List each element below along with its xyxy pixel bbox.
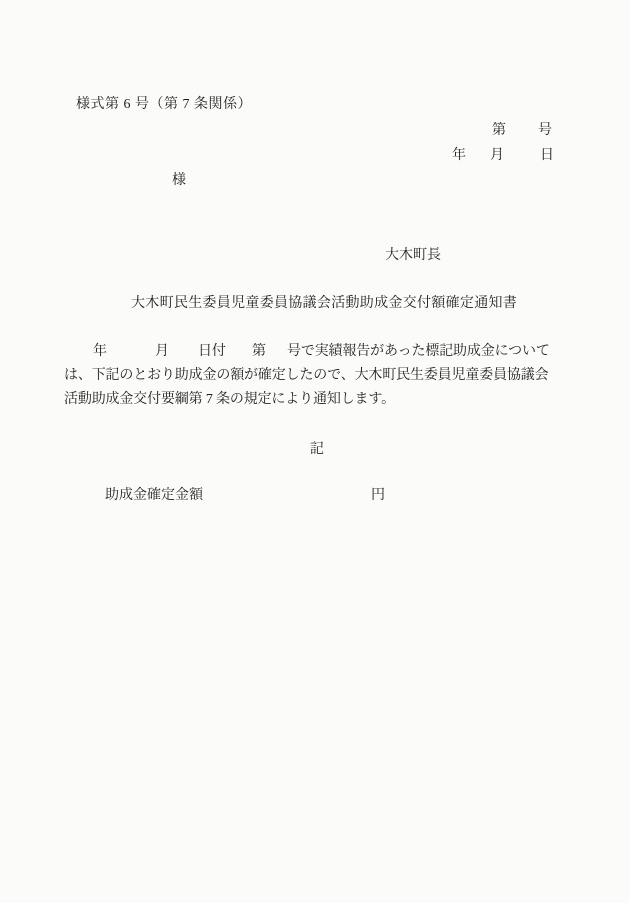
addressee-honorific: 様 bbox=[172, 171, 186, 191]
body-paragraph-line3: 活動助成金交付要綱第 7 条の規定により通知します。 bbox=[64, 390, 395, 410]
ki-marker: 記 bbox=[310, 440, 324, 460]
form-number: 様式第 6 号（第 7 条関係） bbox=[76, 95, 252, 115]
body-blank-day: 日付 bbox=[198, 342, 226, 362]
body-paragraph-line2: は、下記のとおり助成金の額が確定したので、大木町民生委員児童委員協議会 bbox=[64, 366, 548, 386]
body-blank-year: 年 bbox=[93, 342, 107, 362]
issue-date-year: 年 bbox=[452, 146, 466, 166]
doc-number-go: 号 bbox=[538, 121, 552, 141]
document-page: 様式第 6 号（第 7 条関係） 第 号 年 月 日 様 大木町長 大木町民生委… bbox=[0, 0, 630, 903]
issue-date-day: 日 bbox=[540, 146, 554, 166]
document-title: 大木町民生委員児童委員協議会活動助成金交付額確定通知書 bbox=[131, 294, 517, 314]
doc-number-dai: 第 bbox=[492, 121, 506, 141]
amount-label: 助成金確定金額 bbox=[105, 486, 203, 506]
body-blank-dai: 第 bbox=[252, 342, 266, 362]
body-line1-text: 号で実績報告があった標記助成金について bbox=[287, 342, 550, 362]
body-blank-month: 月 bbox=[155, 342, 169, 362]
issue-date-month: 月 bbox=[490, 146, 504, 166]
sender-title: 大木町長 bbox=[385, 246, 441, 266]
amount-unit: 円 bbox=[371, 486, 385, 506]
